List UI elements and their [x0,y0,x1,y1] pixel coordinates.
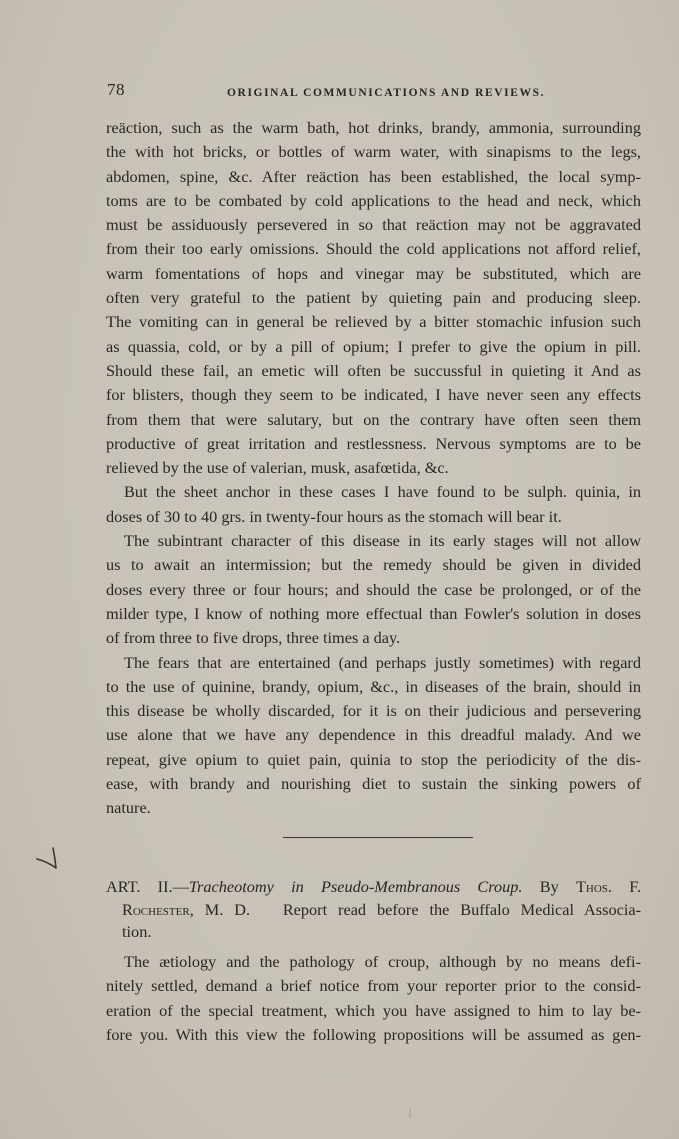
author-degree: M. D. [205,900,250,919]
text-line: from them that were salutary, but on the… [106,408,641,432]
text-line: to the use of quinine, brandy, opium, &c… [106,675,641,699]
article-continuation-text: reäction, such as the warm bath, hot dri… [106,116,641,821]
text-line: doses every three or four hours; and sho… [106,578,641,602]
pencil-check-mark-icon [34,845,74,880]
article-heading-line-3: tion. [106,921,641,944]
text-line: nature. [106,796,641,820]
text-line: the with hot bricks, or bottles of warm … [106,140,641,164]
text-line: repeat, give opium to quiet pain, quinia… [106,748,641,772]
section-divider-rule [283,837,473,838]
text-line: relieved by the use of valerian, musk, a… [106,456,641,480]
article-heading-line-1: ART. II.—Tracheotomy in Pseudo-Membranou… [106,876,641,899]
text-line: reäction, such as the warm bath, hot dri… [106,116,641,140]
text-line: doses of 30 to 40 grs. in twenty-four ho… [106,505,641,529]
text-line: Should these fail, an emetic will often … [106,359,641,383]
text-line: this disease be wholly discarded, for it… [106,699,641,723]
article-heading: ART. II.—Tracheotomy in Pseudo-Membranou… [106,876,641,944]
text-line: eration of the special treatment, which … [106,999,641,1023]
text-line: The vomiting can in general be relieved … [106,310,641,334]
author-first-name: Thos. F. [576,877,641,896]
paragraph-start-line: But the sheet anchor in these cases I ha… [106,480,641,504]
paragraph-start-line: The ætiology and the pathology of croup,… [106,950,641,974]
text-line: milder type, I know of nothing more effe… [106,602,641,626]
text-line: often very grateful to the patient by qu… [106,286,641,310]
running-head: ORIGINAL COMMUNICATIONS AND REVIEWS. [227,87,545,99]
text-line: must be assiduously persevered in so tha… [106,213,641,237]
text-line: of from three to five drops, three times… [106,626,641,650]
text-line: for blisters, though they seem to be ind… [106,383,641,407]
article-by: By [540,877,559,896]
text-line: from their too early omissions. Should t… [106,237,641,261]
page-number: 78 [107,80,125,100]
paper-blemish [409,1108,411,1118]
article-body-text: The ætiology and the pathology of croup,… [106,950,641,1047]
article-title: Tracheotomy in Pseudo-Membranous Croup. [189,877,523,896]
text-line: nitely settled, demand a brief notice fr… [106,974,641,998]
text-line: toms are to be combated by cold applicat… [106,189,641,213]
text-line: abdomen, spine, &c. After reäction has b… [106,165,641,189]
text-line: productive of great irritation and restl… [106,432,641,456]
text-line: use alone that we have any dependence in… [106,723,641,747]
article-heading-line-2: Rochester, M. D. Report read before the … [106,899,641,922]
author-last-name: Rochester, [122,900,194,919]
paragraph-start-line: The fears that are entertained (and perh… [106,651,641,675]
text-line: ease, with brandy and nourishing diet to… [106,772,641,796]
text-line: warm fomentations of hops and vinegar ma… [106,262,641,286]
paragraph-start-line: The subintrant character of this disease… [106,529,641,553]
article-number: ART. II.— [106,877,189,896]
article-note: Report read before the Buffalo Medical A… [283,900,641,919]
text-line: as quassia, cold, or by a pill of opium;… [106,335,641,359]
text-line: us to await an intermission; but the rem… [106,553,641,577]
text-line: fore you. With this view the following p… [106,1023,641,1047]
